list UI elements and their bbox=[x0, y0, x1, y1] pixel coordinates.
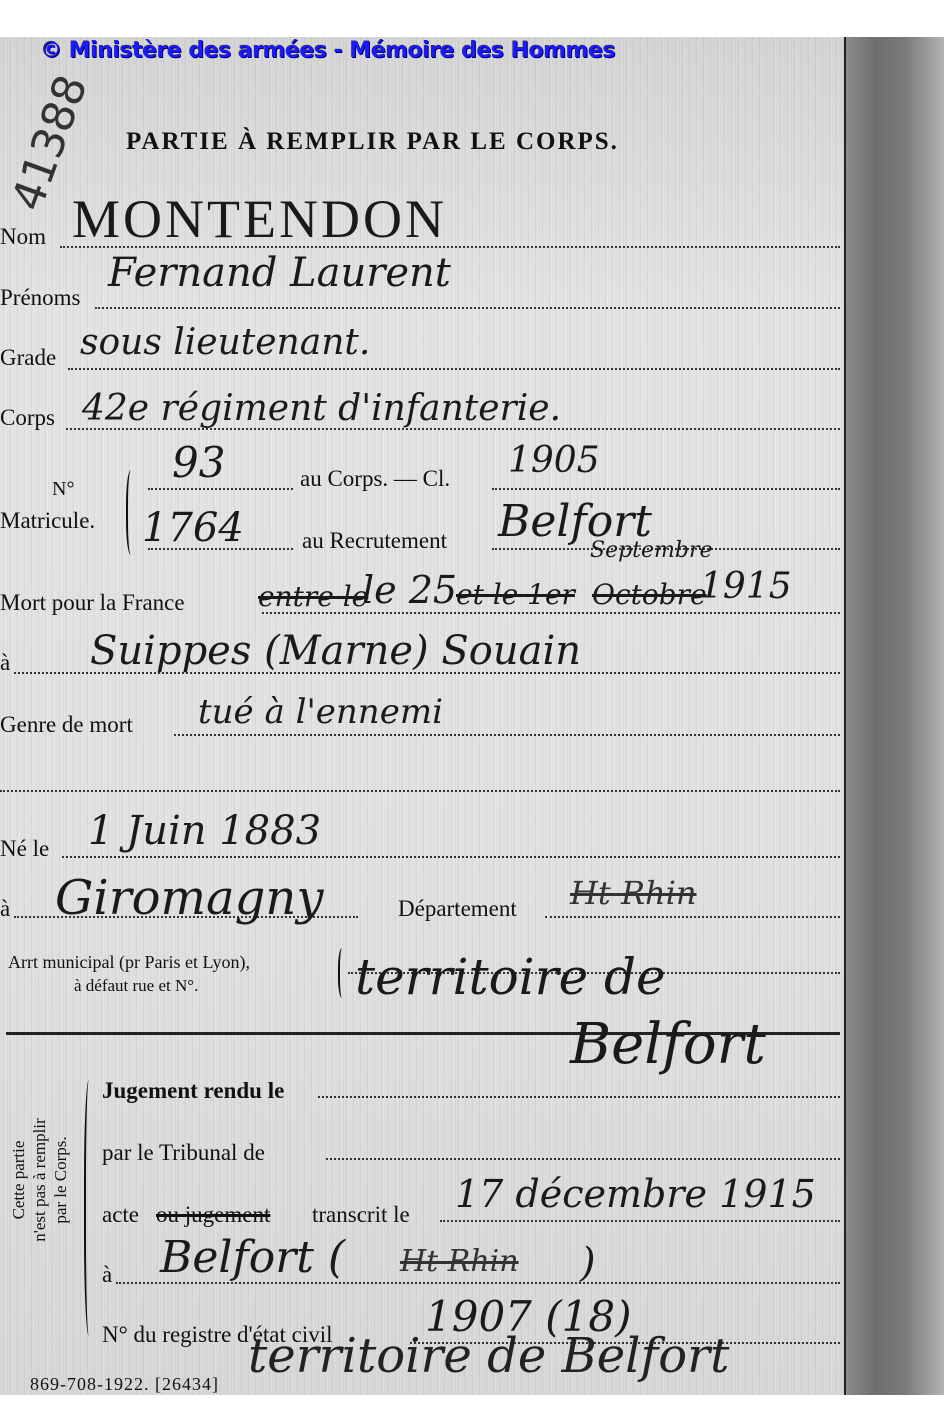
struck-departement: Ht Rhin bbox=[570, 874, 696, 912]
label-matricule: Matricule. bbox=[0, 508, 95, 534]
dotted-line bbox=[326, 1158, 840, 1160]
value-mort-day: le 25 bbox=[362, 568, 457, 612]
value-genre-mort: tué à l'ennemi bbox=[198, 692, 443, 732]
side-note: Cette partie n'est pas à remplir par le … bbox=[8, 1070, 71, 1290]
label-genre-mort: Genre de mort bbox=[0, 712, 133, 738]
value-acte: 17 décembre 1915 bbox=[455, 1172, 816, 1216]
label-acte-transcrit: transcrit le bbox=[312, 1202, 410, 1228]
value-arrondissement-1: territoire de bbox=[355, 948, 666, 1006]
dotted-line bbox=[148, 488, 293, 490]
side-note-line: n'est pas à remplir bbox=[29, 1070, 50, 1290]
dotted-line bbox=[62, 856, 840, 858]
label-grade: Grade bbox=[0, 345, 56, 371]
value-lieu-mort: Suippes (Marne) Souain bbox=[90, 628, 581, 674]
value-corps-number: 93 bbox=[172, 438, 225, 487]
brace bbox=[84, 1080, 96, 1336]
brace bbox=[338, 948, 348, 998]
value-mort-month: Septembre bbox=[590, 538, 713, 563]
brace bbox=[126, 470, 138, 555]
form-title: PARTIE À REMPLIR PAR LE CORPS. bbox=[126, 128, 619, 156]
value-lieu-transcription-suffix: ) bbox=[580, 1240, 596, 1286]
value-grade: sous lieutenant. bbox=[80, 322, 370, 363]
value-corps: 42e régiment d'infanterie. bbox=[82, 388, 561, 429]
struck-text: entre le bbox=[258, 580, 368, 613]
label-corps: Corps bbox=[0, 405, 55, 431]
struck-text: et le 1er bbox=[456, 578, 575, 611]
dotted-line bbox=[318, 1096, 840, 1098]
label-acte-struck: ou jugement bbox=[156, 1202, 270, 1228]
value-classe: 1905 bbox=[508, 440, 600, 481]
binding-shadow bbox=[846, 37, 944, 1395]
dotted-line bbox=[440, 1220, 840, 1222]
value-arrondissement-2: Belfort bbox=[570, 1012, 766, 1077]
struck-lieu-transcription: Ht Rhin bbox=[400, 1244, 519, 1279]
side-note-line: par le Corps. bbox=[50, 1070, 71, 1290]
label-lieu-transcription: à bbox=[102, 1262, 112, 1288]
label-prenoms: Prénoms bbox=[0, 285, 81, 311]
label-tribunal: par le Tribunal de bbox=[102, 1140, 265, 1166]
dotted-line bbox=[0, 790, 840, 792]
copyright-watermark: © Ministère des armées - Mémoire des Hom… bbox=[40, 38, 615, 63]
side-note-line: Cette partie bbox=[8, 1070, 29, 1290]
annotation-registre: territoire de Belfort bbox=[248, 1328, 729, 1384]
value-prenoms: Fernand Laurent bbox=[108, 250, 451, 296]
value-ne-le: 1 Juin 1883 bbox=[88, 808, 321, 854]
value-nom: MONTENDON bbox=[72, 188, 447, 250]
label-no: N° bbox=[52, 478, 74, 501]
label-arrondissement-1: Arrt municipal (pr Paris et Lyon), bbox=[8, 952, 250, 973]
value-mort-year: 1915 bbox=[700, 566, 792, 607]
footer-print-code: 869-708-1922. [26434] bbox=[30, 1374, 219, 1395]
value-lieu-naissance: Giromagny bbox=[55, 870, 323, 926]
label-acte: acte bbox=[102, 1202, 139, 1228]
dotted-line bbox=[95, 307, 840, 309]
label-au-corps: au Corps. — Cl. bbox=[300, 466, 450, 492]
label-nom: Nom bbox=[0, 224, 46, 250]
struck-text: Octobre bbox=[592, 578, 707, 611]
label-jugement: Jugement rendu le bbox=[102, 1078, 284, 1104]
label-ne-le: Né le bbox=[0, 836, 49, 862]
value-lieu-transcription: Belfort ( bbox=[160, 1232, 345, 1283]
dotted-line bbox=[174, 734, 840, 736]
dotted-line bbox=[492, 488, 840, 490]
dotted-line bbox=[545, 916, 840, 918]
label-mort: Mort pour la France bbox=[0, 590, 185, 616]
value-recrutement-number: 1764 bbox=[142, 505, 244, 551]
label-departement: Département bbox=[398, 896, 517, 922]
label-lieu-naissance: à bbox=[0, 896, 10, 922]
label-arrondissement-2: à défaut rue et N°. bbox=[74, 976, 198, 996]
label-lieu-mort: à bbox=[0, 650, 10, 676]
dotted-line bbox=[68, 368, 840, 370]
label-au-recrutement: au Recrutement bbox=[302, 528, 447, 554]
